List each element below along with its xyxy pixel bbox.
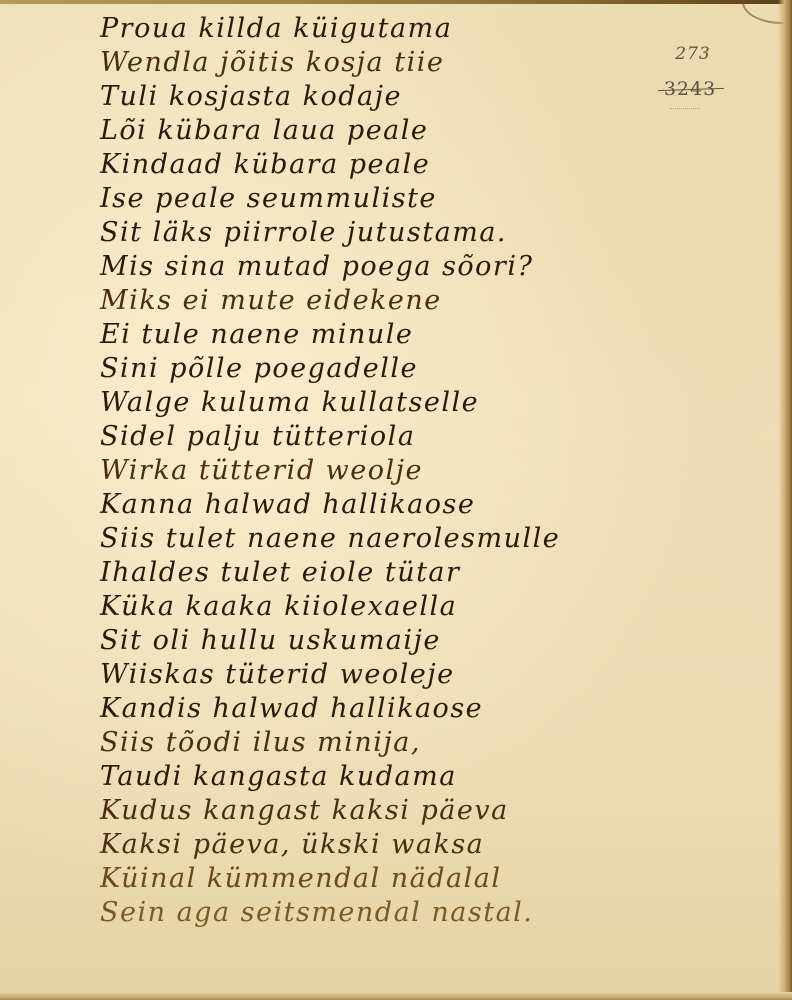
verse-line: Kaksi päeva, ükski waksa: [100, 828, 740, 862]
verse-line: Mis sina mutad poega sõori?: [100, 250, 740, 284]
verse-line: Walge kuluma kullatselle: [100, 386, 740, 420]
verse-line: Taudi kangasta kudama: [100, 760, 740, 794]
verse-line: Sit oli hullu uskumaije: [100, 624, 740, 658]
verse-line: Proua killda küigutama: [100, 12, 740, 46]
verse-line: Wirka tütterid weolje: [100, 454, 740, 488]
verse-line: Ei tule naene minule: [100, 318, 740, 352]
verse-line: Sidel palju tütteriola: [100, 420, 740, 454]
verse-line: Küka kaaka kiiolexaella: [100, 590, 740, 624]
verse-line: Sit läks piirrole jutustama.: [100, 216, 740, 250]
verse-line: Sini põlle poegadelle: [100, 352, 740, 386]
verse-line: Ise peale seummuliste: [100, 182, 740, 216]
page-right-edge: [778, 0, 792, 1000]
page-top-edge: [0, 0, 792, 4]
verse-line: Siis tõodi ilus minija,: [100, 726, 740, 760]
verse-line: Wiiskas tüterid weoleje: [100, 658, 740, 692]
verse-line: Kanna halwad hallikaose: [100, 488, 740, 522]
verse-line: Kindaad kübara peale: [100, 148, 740, 182]
verse-line: Tuli kosjasta kodaje: [100, 80, 740, 114]
manuscript-page: 273 3243 Proua killda küigutama Wendla j…: [0, 0, 792, 1000]
verse-line: Miks ei mute eidekene: [100, 284, 740, 318]
verse-line: Kandis halwad hallikaose: [100, 692, 740, 726]
verse-line: Siis tulet naene naerolesmulle: [100, 522, 740, 556]
verse-line: Sein aga seitsmendal nastal.: [100, 896, 740, 930]
verse-line: Küinal kümmendal nädalal: [100, 862, 740, 896]
verse-line: Wendla jõitis kosja tiie: [100, 46, 740, 80]
verse-line: Lõi kübara laua peale: [100, 114, 740, 148]
page-bottom-edge: [0, 992, 792, 1000]
verse-lines: Proua killda küigutama Wendla jõitis kos…: [100, 12, 740, 930]
verse-line: Ihaldes tulet eiole tütar: [100, 556, 740, 590]
verse-line: Kudus kangast kaksi päeva: [100, 794, 740, 828]
